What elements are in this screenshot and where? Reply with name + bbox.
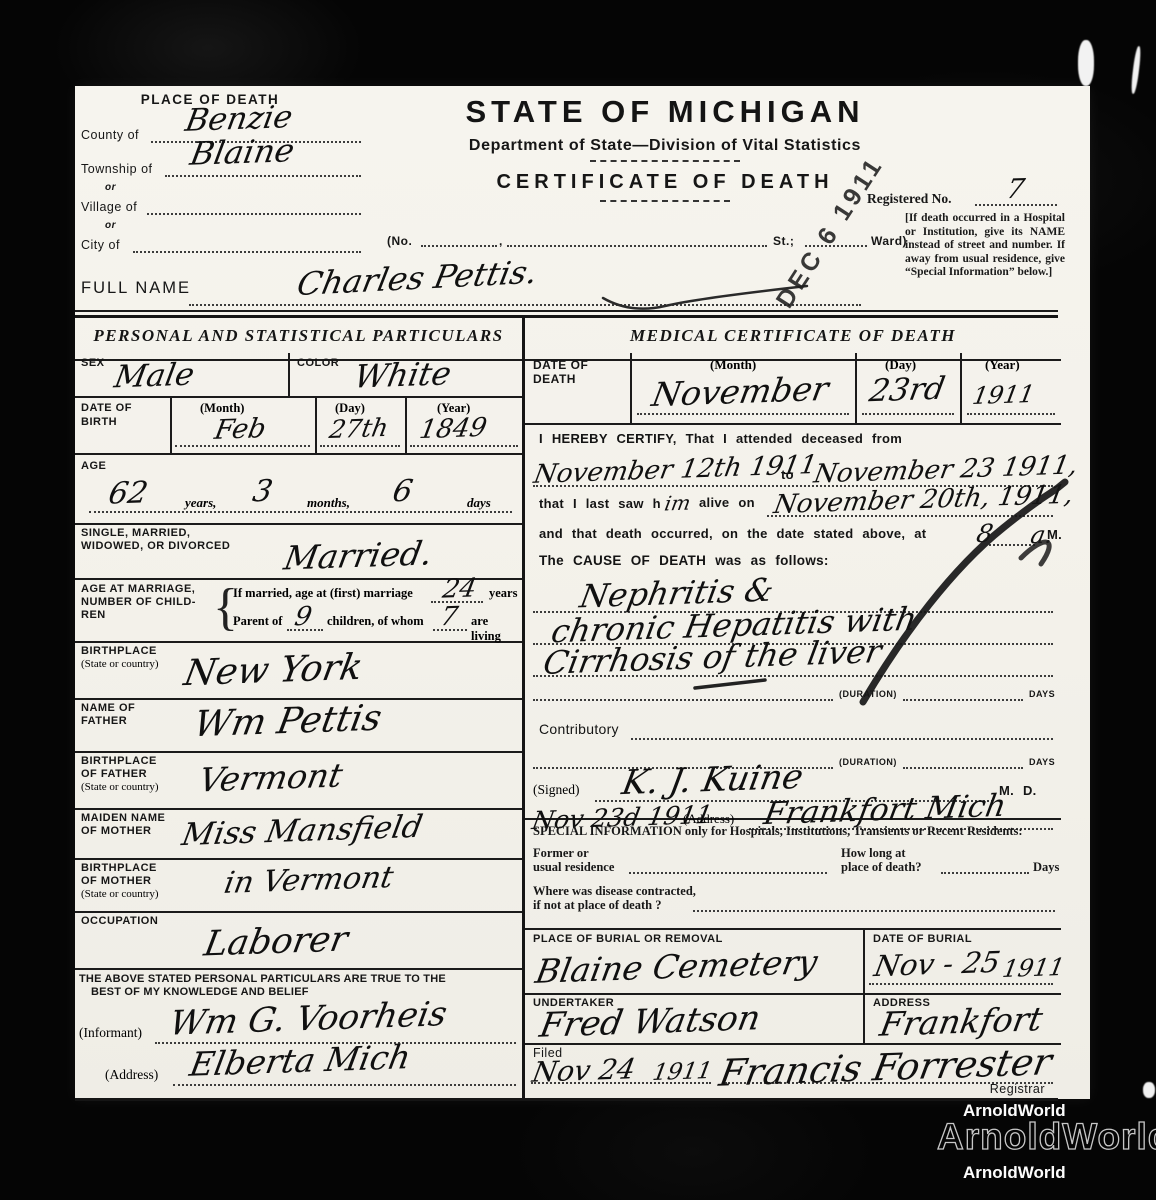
duration-label-1: (DURATION) [839,689,897,700]
cause-label: The CAUSE OF DEATH was as follows: [539,553,829,568]
registered-no-value: 7 [1005,176,1027,204]
marital-value: Married. [282,536,436,574]
days-label-1: DAYS [1029,689,1055,700]
sex-value: Male [112,360,197,394]
contributory-label: Contributory [539,721,619,737]
village-line: Village of [81,198,361,216]
dob-div-2 [315,398,317,453]
undertaker-address-value: Frankfort [878,1002,1046,1041]
father-bp-label-2: OF FATHER [81,768,147,782]
dod-label-1: DATE OF [533,358,588,373]
medical-title: MEDICAL CERTIFICATE OF DEATH [630,326,956,345]
occupation-row: OCCUPATION Laborer [75,911,522,970]
howlong-label-1: How long at [841,846,906,861]
him-value: im [663,493,692,514]
undertaker-row: UNDERTAKER Fred Watson ADDRESS Frankfort [525,993,1061,1045]
age-months-value: 3 [250,477,275,508]
marriage-line-1: If married, age at (first) marriage 24 y… [233,584,518,606]
occupation-value: Laborer [201,923,350,963]
father-bp-sublabel: (State or country) [81,781,159,793]
undertaker-divider [863,993,865,1043]
age-label: AGE [81,460,106,474]
dod-day-value: 23rd [867,374,947,408]
burial-date-label: DATE OF BURIAL [873,933,972,947]
special-title: SPECIAL INFORMATION only for Hospitals, … [533,824,1055,839]
duration-label-2: (DURATION) [839,757,897,768]
dod-div-1 [630,353,632,423]
marriage-label-line1: AGE AT MARRIAGE, [81,583,195,597]
sex-label: SEX [81,357,105,371]
personal-column: PERSONAL AND STATISTICAL PARTICULARS SEX… [75,318,522,1098]
death-time-line: and that death occurred, on the date sta… [539,525,1053,549]
attended-from-value: November 12th 1911 [532,452,819,488]
burial-year-value: 1911 [1001,955,1067,981]
father-row: NAME OF FATHER Wm Pettis [75,698,522,753]
certify-block: I HEREBY CERTIFY, That I attended deceas… [525,423,1061,820]
certify-line-1: I HEREBY CERTIFY, That I attended deceas… [539,431,1051,446]
full-name-rule [189,304,861,306]
no-rule [421,245,497,247]
children-text-c: are living [471,614,518,644]
days-label-2: DAYS [1029,757,1055,768]
dob-month-value: Feb [212,415,268,444]
marriage-years-label: years [489,586,517,601]
father-bp-label-1: BIRTHPLACE [81,755,157,769]
age-months-label: months, [307,495,350,511]
mother-label-2: OF MOTHER [81,825,152,839]
dob-year-rule [410,445,518,447]
divider-squiggle-1 [590,160,740,162]
children-living-value: 7 [439,604,460,631]
dob-year-value: 1849 [417,415,488,443]
city-line: City of [81,236,361,254]
dod-year-label: (Year) [985,357,1020,373]
dod-month-value: November [649,372,831,411]
marriage-label-line2: NUMBER OF CHILD- [81,596,196,610]
father-label-1: NAME OF [81,702,135,716]
dob-day-value: 27th [328,415,391,442]
burial-place-value: Blaine Cemetery [533,945,820,988]
watermark-line-2: ArnoldWorld [937,1116,1156,1158]
no-label: (No. [387,234,412,248]
burial-divider [863,928,865,993]
contracted-label-1: Where was disease contracted, [533,884,696,899]
former-rule [629,872,827,874]
to-label: to [781,467,794,482]
age-row: AGE 62 years, 3 months, 6 days [75,455,522,525]
children-text-b: children, of whom [327,614,424,629]
dod-row: DATE OF DEATH (Month) (Day) (Year) Novem… [525,353,1061,425]
burial-place-label: PLACE OF BURIAL OR REMOVAL [533,933,723,947]
signed-value: K. J. Kuine [619,760,805,800]
scan-artifact-1 [1078,40,1094,86]
duration-line-1: (DURATION) DAYS [533,685,1053,705]
full-name-label: FULL NAME [81,279,191,297]
medical-column: MEDICAL CERTIFICATE OF DEATH DATE OF DEA… [522,318,1061,1098]
duration-rule-2b [903,767,1023,769]
burial-date-value: Nov - 25 [872,948,1002,981]
ward-label: Ward) [871,234,907,249]
birthplace-value: New York [181,650,365,692]
dob-div-3 [405,398,407,453]
death-hour-value: 8 [975,521,995,547]
township-line: Township of Blaine [81,160,361,178]
mother-bp-value: in Vermont [222,863,396,899]
last-saw-text-a: that I last saw h [539,496,661,511]
informant-address-value: Elberta Mich [187,1040,413,1081]
age-years-label: years, [185,495,216,511]
contributory-rule [631,738,1053,740]
age-years-value: 62 [106,478,150,509]
watermark-line-3: ArnoldWorld [963,1163,1066,1183]
city-rule [133,251,361,253]
father-value: Wm Pettis [191,701,384,743]
age-days-value: 6 [390,477,415,508]
registered-line: Registered No. 7 [867,190,1067,208]
duration-rule-1a [533,699,833,701]
county-label: County of [81,128,139,142]
full-name-value: Charles Pettis. [294,256,540,300]
marital-label-line1: SINGLE, MARRIED, [81,527,190,541]
state-title: STATE OF MICHIGAN [375,94,955,130]
st-label: St.; [773,234,794,249]
dod-div-3 [960,353,962,423]
hospital-note: [If death occurred in a Hospital or Inst… [905,212,1065,280]
township-rule [165,175,361,177]
special-info-row: SPECIAL INFORMATION only for Hospitals, … [525,818,1061,930]
mother-label-1: MAIDEN NAME [81,812,165,826]
informant-label: (Informant) [79,1025,142,1040]
dob-month-rule [175,445,310,447]
birthplace-row: BIRTHPLACE (State or country) New York [75,641,522,700]
table: PERSONAL AND STATISTICAL PARTICULARS SEX… [75,315,1058,1101]
marriage-line1-text: If married, age at (first) marriage [233,586,413,600]
m-label: M. [1047,527,1062,542]
township-value: Blaine [188,134,297,170]
marital-label-line2: WIDOWED, OR DIVORCED [81,540,230,554]
mother-value: Miss Mansfield [179,812,424,851]
dod-year-value: 1911 [971,382,1037,408]
divider-squiggle-2 [600,200,730,202]
cause-line-3: Cirrhosis of the liver [533,655,1053,679]
howlong-rule [941,872,1029,874]
birthplace-label: BIRTHPLACE [81,645,157,659]
sex-color-row: SEX Male COLOR White [75,353,522,398]
filed-row: Filed Nov 24 1911 Francis Forrester Regi… [525,1043,1061,1098]
children-total-value: 9 [293,604,314,631]
statement-line-1: THE ABOVE STATED PERSONAL PARTICULARS AR… [79,973,446,987]
mother-bp-label-2: OF MOTHER [81,875,152,889]
street-comma: , [499,234,503,249]
dob-label: DATE OF BIRTH [81,402,161,430]
township-label: Township of [81,162,153,176]
informant-address-line: (Address) Elberta Mich [105,1066,516,1088]
cause-value-3: Cirrhosis of the liver [541,635,884,679]
filed-year-value: 1911 [651,1060,714,1085]
dod-day-rule [862,413,954,415]
former-label-2: usual residence [533,860,614,875]
last-saw-line: that I last saw h im alive on November 2… [539,495,1053,519]
duration-rule-1b [903,699,1023,701]
former-label-1: Former or [533,846,589,861]
full-name-line: FULL NAME Charles Pettis. [81,278,881,308]
contracted-label-2: if not at place of death ? [533,898,661,913]
color-value: White [352,357,454,392]
sex-color-divider [288,353,290,396]
mother-bp-sublabel: (State or country) [81,888,159,900]
statement-row: THE ABOVE STATED PERSONAL PARTICULARS AR… [75,968,522,1098]
age-days-label: days [467,495,491,511]
death-line-text: and that death occurred, on the date sta… [539,526,926,541]
death-certificate-page: PLACE OF DEATH County of Benzie Township… [75,86,1090,1099]
village-label: Village of [81,200,137,214]
street-rule [507,245,767,247]
informant-address-rule [173,1084,516,1086]
informant-value: Wm G. Voorheis [167,997,449,1041]
city-label: City of [81,238,120,252]
burial-row: PLACE OF BURIAL OR REMOVAL Blaine Cemete… [525,928,1061,995]
signed-label: (Signed) [533,782,580,797]
occupation-label: OCCUPATION [81,915,158,929]
marital-row: SINGLE, MARRIED, WIDOWED, OR DIVORCED Ma… [75,523,522,580]
father-birthplace-row: BIRTHPLACE OF FATHER (State or country) … [75,751,522,810]
dod-year-rule [967,413,1055,415]
mother-row: MAIDEN NAME OF MOTHER Miss Mansfield [75,808,522,860]
double-rule [75,310,1058,312]
village-rule [147,213,361,215]
marriage-age-value: 24 [441,575,479,602]
color-label: COLOR [297,357,339,371]
burial-date-rule [869,983,1053,985]
or-label-2: or [105,220,116,233]
dod-div-2 [855,353,857,423]
filed-date-value: Nov 24 [530,1055,637,1087]
howlong-label-2: place of death? [841,860,922,875]
birthplace-sublabel: (State or country) [81,658,159,670]
undertaker-value: Fred Watson [537,1001,763,1043]
registrar-label: Registrar [990,1082,1045,1098]
age-rule [89,511,512,513]
mother-birthplace-row: BIRTHPLACE OF MOTHER (State or country) … [75,858,522,913]
or-label-1: or [105,182,116,195]
dod-month-label: (Month) [710,357,756,373]
scanned-death-certificate: PLACE OF DEATH County of Benzie Township… [0,0,1156,1200]
children-text-a: Parent of [233,614,282,628]
scan-artifact-3 [1143,1082,1155,1098]
father-label-2: FATHER [81,715,127,729]
marriage-line-2: Parent of 9 children, of whom 7 are livi… [233,612,518,634]
marriage-label-line3: REN [81,609,106,623]
dod-day-label: (Day) [885,357,916,373]
statement-line-2: BEST OF MY KNOWLEDGE AND BELIEF [91,986,309,1000]
father-bp-value: Vermont [197,759,346,797]
dod-label-2: DEATH [533,372,576,387]
registered-label: Registered No. [867,191,951,206]
days-label-3: Days [1033,860,1059,875]
dob-div-1 [170,398,172,453]
last-saw-text-b: alive on [699,495,755,510]
contributory-line: Contributory [539,721,1053,743]
informant-address-label: (Address) [105,1067,158,1082]
contracted-rule [693,910,1055,912]
personal-title: PERSONAL AND STATISTICAL PARTICULARS [93,326,503,345]
dob-day-rule [320,445,400,447]
mother-bp-label-1: BIRTHPLACE [81,862,157,876]
dob-row: DATE OF BIRTH (Month) (Day) (Year) Feb 2… [75,398,522,455]
marriage-row: AGE AT MARRIAGE, NUMBER OF CHILD- REN { … [75,578,522,643]
scan-artifact-2 [1130,46,1142,94]
